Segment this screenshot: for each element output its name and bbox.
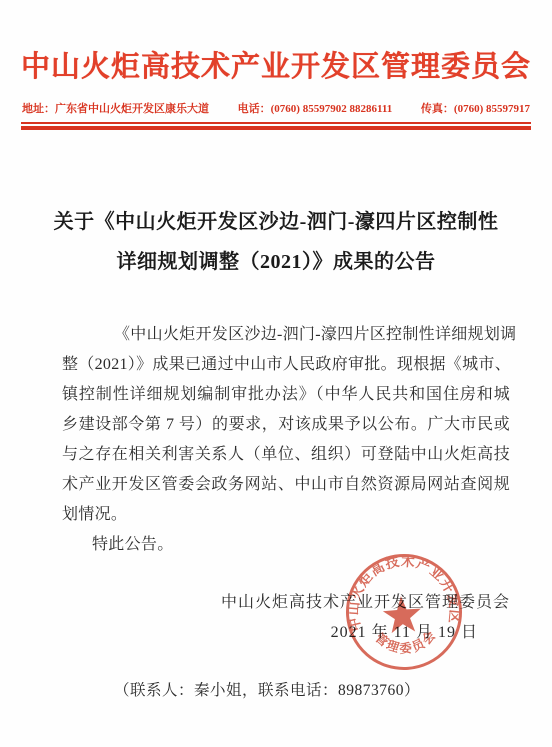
letterhead-address: 地址：广东省中山火炬开发区康乐大道 — [22, 100, 209, 116]
document-title-line-1: 关于《中山火炬开发区沙边-泗门-濠四片区控制性 — [0, 202, 552, 242]
letterhead-divider — [21, 122, 531, 130]
letterhead-info-row: 地址：广东省中山火炬开发区康乐大道 电话：(0760) 85597902 882… — [22, 100, 530, 116]
letterhead-fax: 传真：(0760) 85597917 — [421, 100, 530, 116]
document-page: 中山火炬高技术产业开发区管理委员会 地址：广东省中山火炬开发区康乐大道 电话：(… — [0, 0, 552, 747]
letterhead-org-name: 中山火炬高技术产业开发区管理委员会 — [0, 46, 552, 88]
body-line: 整（2021）》成果已通过中山市人民政府审批。现根据《城市、 — [62, 350, 510, 380]
signature-date: 2021 年 11 月 19 日 — [0, 618, 552, 648]
document-title: 关于《中山火炬开发区沙边-泗门-濠四片区控制性 详细规划调整（2021）》成果的… — [0, 202, 552, 282]
body-line: 与之存在相关利害关系人（单位、组织）可登陆中山火炬高技 — [62, 440, 510, 470]
letterhead: 中山火炬高技术产业开发区管理委员会 地址：广东省中山火炬开发区康乐大道 电话：(… — [0, 46, 552, 130]
signature-org: 中山火炬高技术产业开发区管理委员会 — [0, 588, 552, 618]
body-line: 《中山火炬开发区沙边-泗门-濠四片区控制性详细规划调 — [62, 320, 510, 350]
divider-thin-line — [21, 122, 531, 124]
body-line: 划情况。 — [62, 500, 510, 530]
body-paragraphs: 《中山火炬开发区沙边-泗门-濠四片区控制性详细规划调 整（2021）》成果已通过… — [0, 320, 552, 560]
contact-line: （联系人：秦小姐，联系电话：89873760） — [0, 678, 543, 700]
body-closing-line: 特此公告。 — [62, 530, 510, 560]
document-title-line-2: 详细规划调整（2021）》成果的公告 — [0, 242, 552, 282]
body-line: 镇控制性详细规划编制审批办法》（中华人民共和国住房和城 — [62, 380, 510, 410]
letterhead-phone: 电话：(0760) 85597902 88286111 — [238, 100, 393, 116]
body-line: 乡建设部令第 7 号）的要求，对该成果予以公布。广大市民或 — [62, 410, 510, 440]
divider-thick-line — [21, 126, 531, 130]
body-line: 术产业开发区管委会政务网站、中山市自然资源局网站查阅规 — [62, 470, 510, 500]
